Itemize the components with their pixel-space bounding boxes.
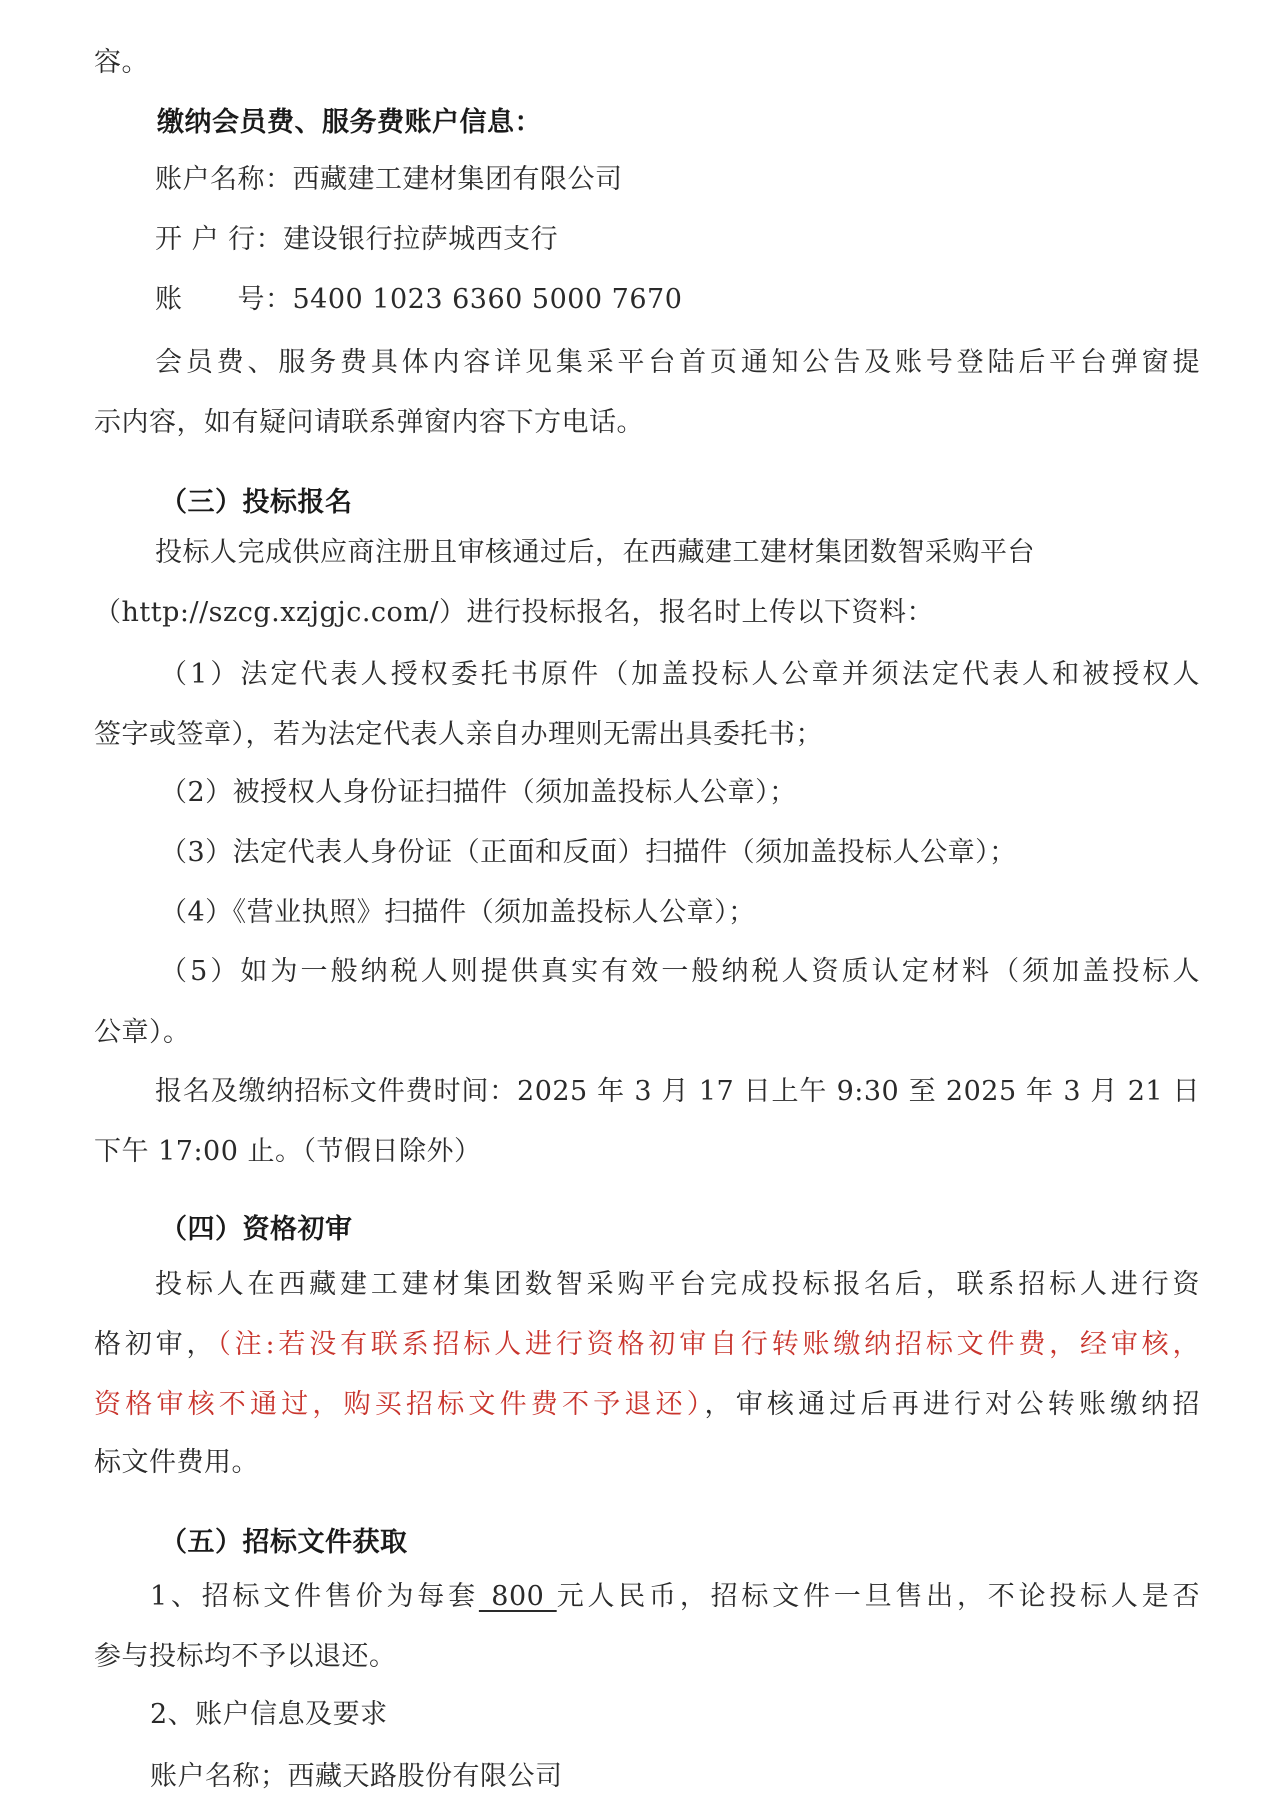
account-requirements-heading: 2、账户信息及要求 [150, 1698, 388, 1732]
account-name: 账户名称：西藏建工建材集团有限公司 [155, 163, 623, 197]
fee-note-line1: 会员费、服务费具体内容详见集采平台首页通知公告及账号登陆后平台弹窗提 [155, 346, 1200, 380]
requirement-5-line2: 公章）。 [94, 1016, 191, 1050]
requirement-4: （4）《营业执照》扫描件（须加盖投标人公章）； [160, 896, 756, 930]
section-4-line2: 格初审，（注:若没有联系招标人进行资格初审自行转账缴纳招标文件费，经审核， [94, 1328, 1200, 1362]
membership-account-heading: 缴纳会员费、服务费账户信息： [157, 106, 542, 140]
requirement-1-line2: 签字或签章），若为法定代表人亲自办理则无需出具委托书； [94, 718, 823, 752]
requirement-1-line1: （1）法定代表人授权委托书原件（加盖投标人公章并须法定代表人和被授权人 [160, 658, 1200, 692]
price-suffix: 元人民币，招标文件一旦售出，不论投标人是否 [557, 1581, 1200, 1612]
document-price-line2: 参与投标均不予以退还。 [94, 1640, 397, 1674]
section-3-heading: （三）投标报名 [160, 486, 353, 520]
section-4-heading: （四）资格初审 [160, 1213, 353, 1247]
continuation-text: 容。 [94, 46, 149, 80]
document-price: 800 [479, 1581, 557, 1612]
account-number-row: 账 号：5400 1023 6360 5000 7670 [155, 283, 682, 317]
document-price-line1: 1、招标文件售价为每套 800 元人民币，招标文件一旦售出，不论投标人是否 [150, 1580, 1200, 1614]
qualification-warning-note: （注:若没有联系招标人进行资格初审自行转账缴纳招标文件费，经审核， [217, 1329, 1200, 1360]
registration-time-line1: 报名及缴纳招标文件费时间：2025 年 3 月 17 日上午 9:30 至 20… [155, 1075, 1200, 1109]
section-4-line4: 标文件费用。 [94, 1446, 259, 1480]
registration-time-line2: 下午 17:00 止。（节假日除外） [94, 1135, 481, 1169]
bank-name: 开 户 行：建设银行拉萨城西支行 [155, 223, 558, 257]
section-5-heading: （五）招标文件获取 [160, 1526, 408, 1560]
section-3-intro-line2: （http://szcg.xzjgjc.com/）进行投标报名，报名时上传以下资… [94, 596, 934, 630]
fee-note-line2: 示内容，如有疑问请联系弹窗内容下方电话。 [94, 406, 644, 440]
bidding-account-name: 账户名称；西藏天路股份有限公司 [150, 1760, 563, 1794]
section-3-intro-line1: 投标人完成供应商注册且审核通过后，在西藏建工建材集团数智采购平台 [155, 536, 1035, 570]
qualification-warning-note-cont: 资格审核不通过，购买招标文件费不予退还） [94, 1389, 705, 1420]
price-prefix: 1、招标文件售价为每套 [150, 1581, 479, 1612]
requirement-2: （2）被授权人身份证扫描件（须加盖投标人公章）； [160, 776, 797, 810]
account-number-label: 账 号： [155, 284, 293, 315]
account-number: 5400 1023 6360 5000 7670 [293, 284, 683, 315]
section-4-line3: 资格审核不通过，购买招标文件费不予退还），审核通过后再进行对公转账缴纳招 [94, 1388, 1200, 1422]
section-4-line3-text: ，审核通过后再进行对公转账缴纳招 [705, 1389, 1201, 1420]
requirement-3: （3）法定代表人身份证（正面和反面）扫描件（须加盖投标人公章）； [160, 836, 1017, 870]
section-4-line1: 投标人在西藏建工建材集团数智采购平台完成投标报名后，联系招标人进行资 [155, 1268, 1200, 1302]
requirement-5-line1: （5）如为一般纳税人则提供真实有效一般纳税人资质认定材料（须加盖投标人 [160, 955, 1200, 989]
section-4-line2-text: 格初审， [94, 1329, 217, 1360]
